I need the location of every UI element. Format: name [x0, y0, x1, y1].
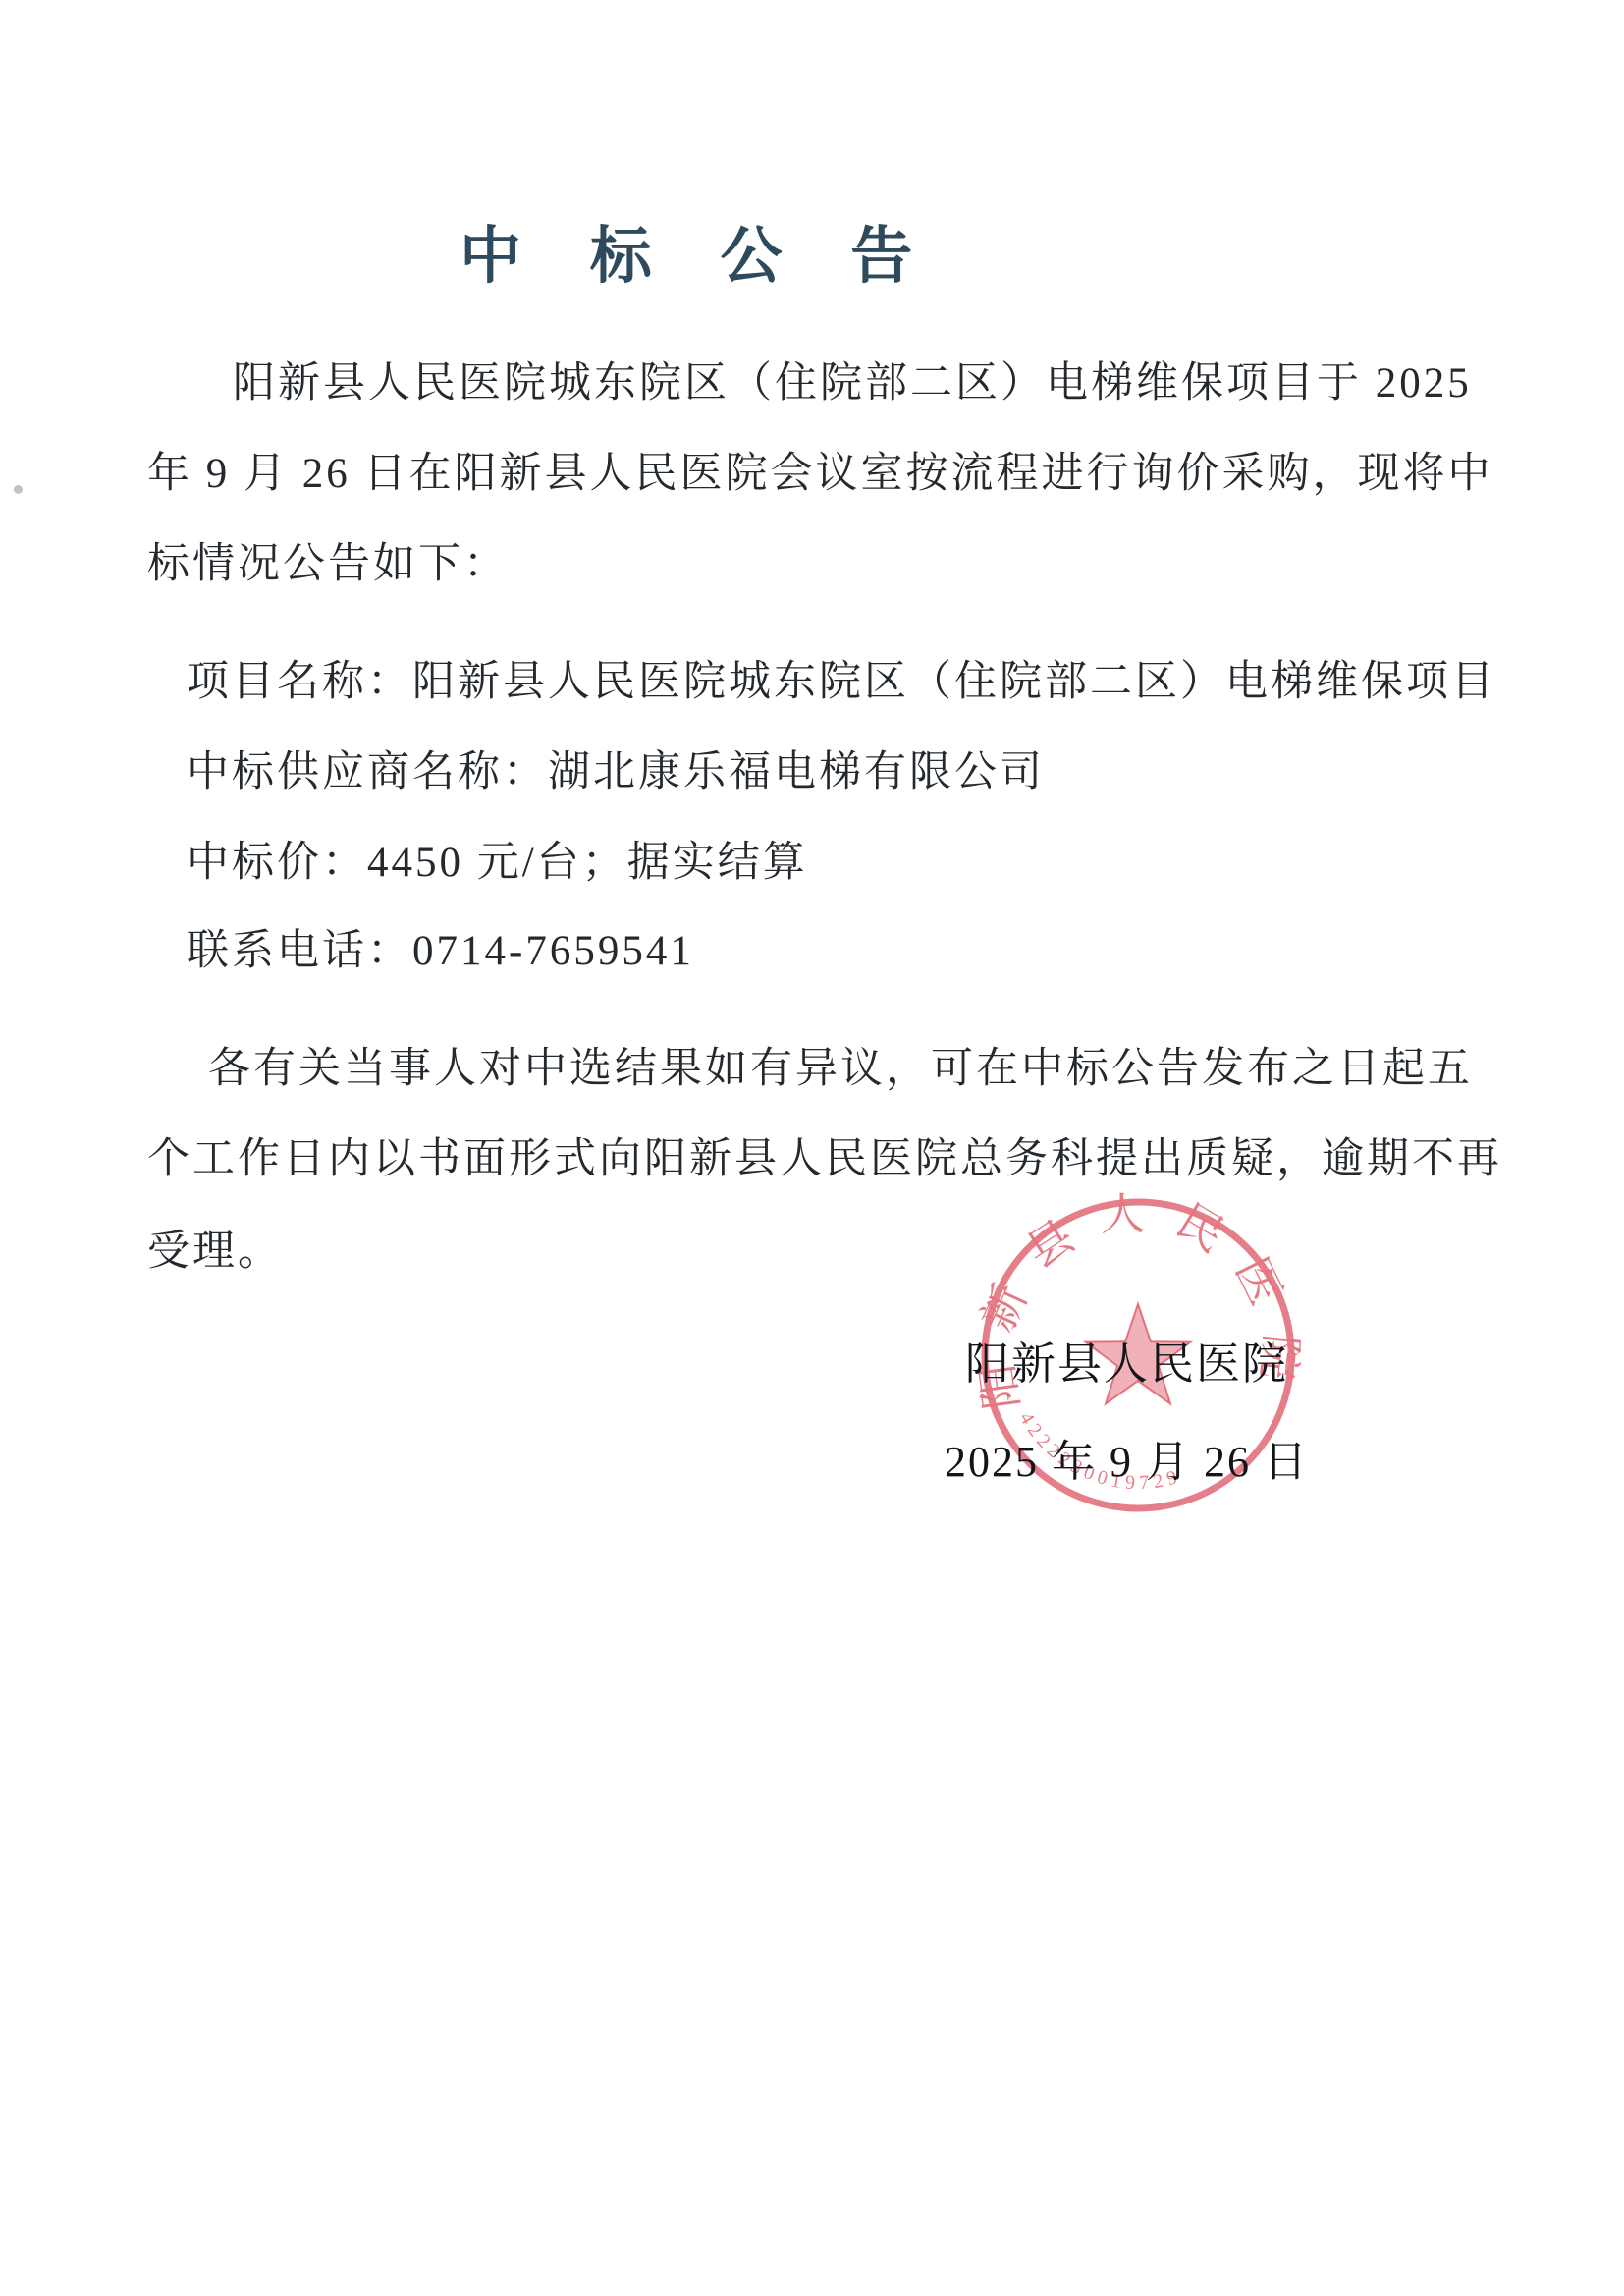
notice-line-3: 受理。 [147, 1218, 283, 1278]
scan-artifact-dot [14, 485, 23, 494]
notice-line-2: 个工作日内以书面形式向阳新县人民医院总务科提出质疑，逾期不再 [147, 1125, 1502, 1185]
intro-line-3: 标情况公告如下： [147, 530, 509, 590]
signature-organization: 阳新县人民医院 [965, 1328, 1288, 1392]
detail-contact-phone: 联系电话：0714-7659541 [187, 917, 694, 977]
intro-line-2: 年 9 月 26 日在阳新县人民医院会议室按流程进行询价采购，现将中 [147, 440, 1493, 500]
detail-winning-price: 中标价：4450 元/台；据实结算 [187, 829, 808, 889]
detail-project-name: 项目名称：阳新县人民医院城东院区（住院部二区）电梯维保项目 [187, 648, 1496, 708]
page-title: 中 标 公 告 [460, 206, 939, 296]
detail-winning-supplier: 中标供应商名称：湖北康乐福电梯有限公司 [187, 738, 1045, 798]
intro-line-1: 阳新县人民医院城东院区（住院部二区）电梯维保项目于 2025 [233, 350, 1472, 410]
signature-date: 2025 年 9 月 26 日 [945, 1426, 1309, 1489]
notice-line-1: 各有关当事人对中选结果如有异议，可在中标公告发布之日起五 [208, 1035, 1473, 1095]
document-page: 中 标 公 告 阳新县人民医院城东院区（住院部二区）电梯维保项目于 2025 年… [0, 0, 1624, 2296]
